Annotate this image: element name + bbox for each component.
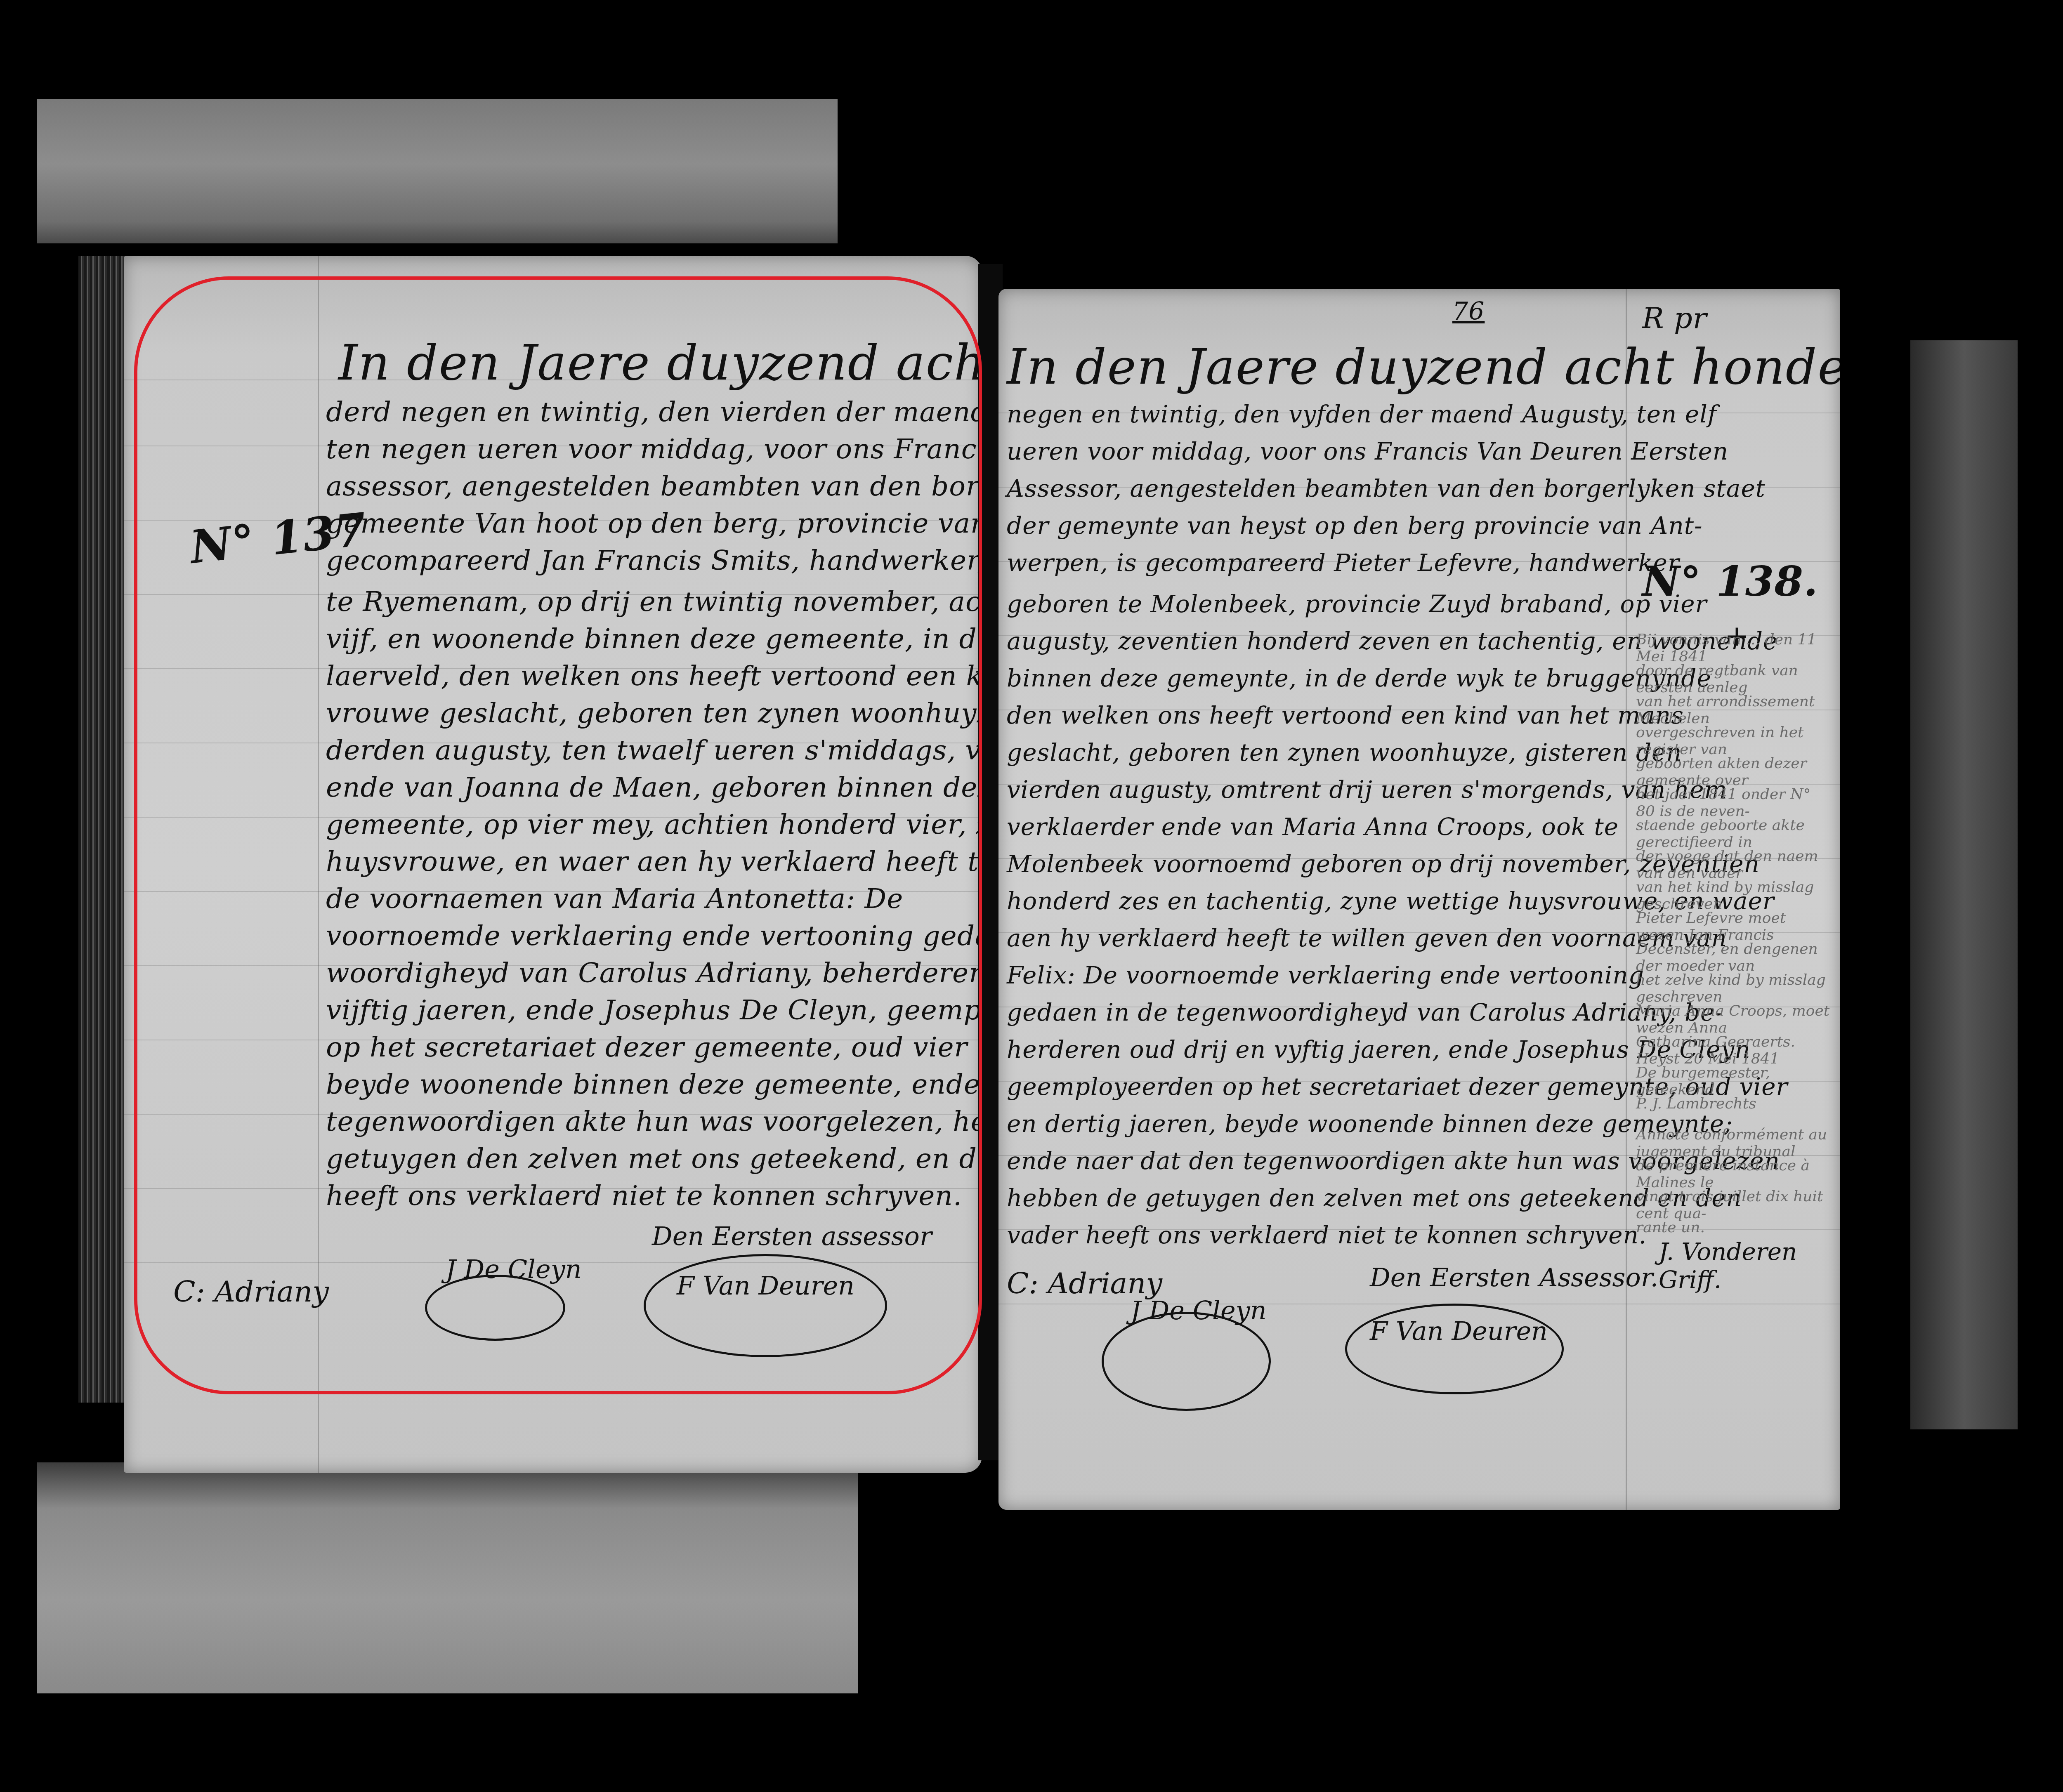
record-line: vader heeft ons verklaerd niet te konnen… <box>1007 1221 1647 1249</box>
record-line: binnen deze gemeynte, in de derde wyk te… <box>1007 664 1711 692</box>
annotation-line: Bij vonnis van ... den 11 Mei 1841 <box>1636 631 1834 665</box>
record-line: ten negen ueren voor middag, voor ons Fr… <box>326 433 982 465</box>
record-line: getuygen den zelven met ons geteekend, e… <box>326 1143 982 1174</box>
record-line: laerveld, den welken ons heeft vertoond … <box>326 660 982 692</box>
annotation-line: het jaer 1841 onder N° 80 is de neven- <box>1636 786 1834 820</box>
record-line: op het secretariaet dezer gemeente, oud … <box>326 1031 982 1063</box>
annotation-line: geboorten akten dezer gemeente over <box>1636 755 1834 789</box>
ruled-line <box>998 1304 1840 1304</box>
record-line: Felix: De voornoemde verklaering ende ve… <box>1007 961 1644 989</box>
record-line: derden augusty, ten twaelf ueren s'midda… <box>326 734 982 766</box>
record-line: In den Jaere duyzend acht honderd <box>1007 338 1840 395</box>
record-line: verklaerder ende van Maria Anna Croops, … <box>1007 813 1619 841</box>
record-line: woordigheyd van Carolus Adriany, beherde… <box>326 957 982 989</box>
record-line: voornoemde verklaering ende vertooning g… <box>326 920 982 952</box>
record-line: gecompareerd Jan Francis Smits, handwerk… <box>326 545 982 576</box>
annotation-line: Catharina Geeraerts. Heyst 20 Mei 1841 <box>1636 1033 1834 1067</box>
record-line: negen en twintig, den vyfden der maend A… <box>1007 400 1717 428</box>
record-line: vierden augusty, omtrent drij ueren s'mo… <box>1007 776 1728 804</box>
record-line: aen hy verklaerd heeft te willen geven d… <box>1007 924 1727 952</box>
record-line: vijftig jaeren, ende Josephus De Cleyn, … <box>326 994 982 1026</box>
right-page: 76 R pr In den Jaere duyzend acht honder… <box>998 289 1840 1510</box>
annotation-line: van het kind by misslag geschreven <box>1636 879 1834 913</box>
annotation-line: door de regtbank van eersten aenleg <box>1636 662 1834 696</box>
annotation-line: der voege dat den naem van den vader <box>1636 848 1834 882</box>
record-line: den welken ons heeft vertoond een kind v… <box>1007 701 1684 729</box>
record-line: geboren te Molenbeek, provincie Zuyd bra… <box>1007 590 1707 618</box>
record-line: gemeente Van hoot op den berg, provincie… <box>326 507 982 539</box>
record-line: gemeente, op vier mey, achtien honderd v… <box>326 809 982 840</box>
signature-flourish <box>1345 1304 1564 1394</box>
annotation-line: Decenster, en dengenen der moeder van <box>1636 941 1834 974</box>
annotation-line: vingt trois juillet dix huit cent qua- <box>1636 1188 1834 1222</box>
top-paper-strip <box>37 99 838 243</box>
record-line: geslacht, geboren ten zynen woonhuyze, g… <box>1007 738 1682 766</box>
annotation-line: overgeschreven in het register van <box>1636 724 1834 758</box>
record-line: tegenwoordigen akte hun was voorgelezen,… <box>326 1106 982 1137</box>
registrar-signature: J. Vonderen Griff. <box>1659 1238 1840 1294</box>
signature-flourish <box>644 1254 887 1357</box>
record-line: assessor, aengestelden beambten van den … <box>326 470 982 502</box>
annotation-line: het zelve kind by misslag geschreven <box>1636 971 1834 1005</box>
annotation-line: Annoté conformément au jugement du tribu… <box>1636 1126 1834 1160</box>
record-line: werpen, is gecompareerd Pieter Lefevre, … <box>1007 549 1680 577</box>
record-line: te Ryemenam, op drij en twintig november… <box>326 586 982 618</box>
closing-title: Den Eersten assessor <box>652 1221 932 1251</box>
record-line: gedaen in de tegenwoordigheyd van Carolu… <box>1007 998 1723 1026</box>
left-page: N° 137 In den Jaere duyzend acht hon- de… <box>124 256 982 1473</box>
signature-flourish <box>425 1275 565 1341</box>
record-line: vrouwe geslacht, geboren ten zynen woonh… <box>326 697 982 729</box>
record-line: huysvrouwe, en waer aen hy verklaerd hee… <box>326 846 982 877</box>
record-line: beyde woonende binnen deze gemeente, end… <box>326 1068 982 1100</box>
annotation-line: staende geboorte akte gerectifieerd in <box>1636 817 1834 851</box>
record-line: ende van Joanna de Maen, geboren binnen … <box>326 771 982 803</box>
annotation-line: De burgemeester, geteekend <box>1636 1064 1834 1098</box>
record-line: der gemeynte van heyst op den berg provi… <box>1007 512 1703 540</box>
annotation-line: P. J. Lambrechts <box>1636 1095 1756 1112</box>
annotation-line: Pieter Lefevre moet wezen Jan Francis <box>1636 910 1834 943</box>
annotation-line: Maria Anna Croops, moet wezen Anna <box>1636 1002 1834 1036</box>
signature-flourish <box>1102 1312 1271 1411</box>
record-line: en dertig jaeren, beyde woonende binnen … <box>1007 1110 1733 1138</box>
record-line: de voornaemen van Maria Antonetta: De <box>326 883 903 915</box>
record-line: derd negen en twintig, den vierden der m… <box>326 396 982 428</box>
page-number: 76 <box>1452 297 1485 326</box>
closing-title: Den Eersten Assessor. <box>1370 1262 1658 1292</box>
record-line: vijf, en woonende binnen deze gemeente, … <box>326 623 982 655</box>
signature-adriany: C: Adriany <box>173 1275 329 1309</box>
right-paper-strip <box>1910 340 2018 1429</box>
annotation-line: rante un. <box>1636 1219 1705 1236</box>
record-line: heeft ons verklaerd niet te konnen schry… <box>326 1180 962 1212</box>
record-line: Assessor, aengestelden beambten van den … <box>1007 474 1766 502</box>
bottom-paper-strip <box>37 1462 858 1693</box>
record-line: In den Jaere duyzend acht hon- <box>338 334 982 391</box>
annotation-line: van het arrondissement Mechelen <box>1636 693 1834 727</box>
record-number: N° 138. <box>1642 557 1818 606</box>
annotation-line: de première instance à Malines le <box>1636 1157 1834 1191</box>
record-line: hebben de getuygen den zelven met ons ge… <box>1007 1184 1742 1212</box>
margin-mark: R pr <box>1642 301 1707 335</box>
record-line: ueren voor middag, voor ons Francis Van … <box>1007 437 1728 465</box>
